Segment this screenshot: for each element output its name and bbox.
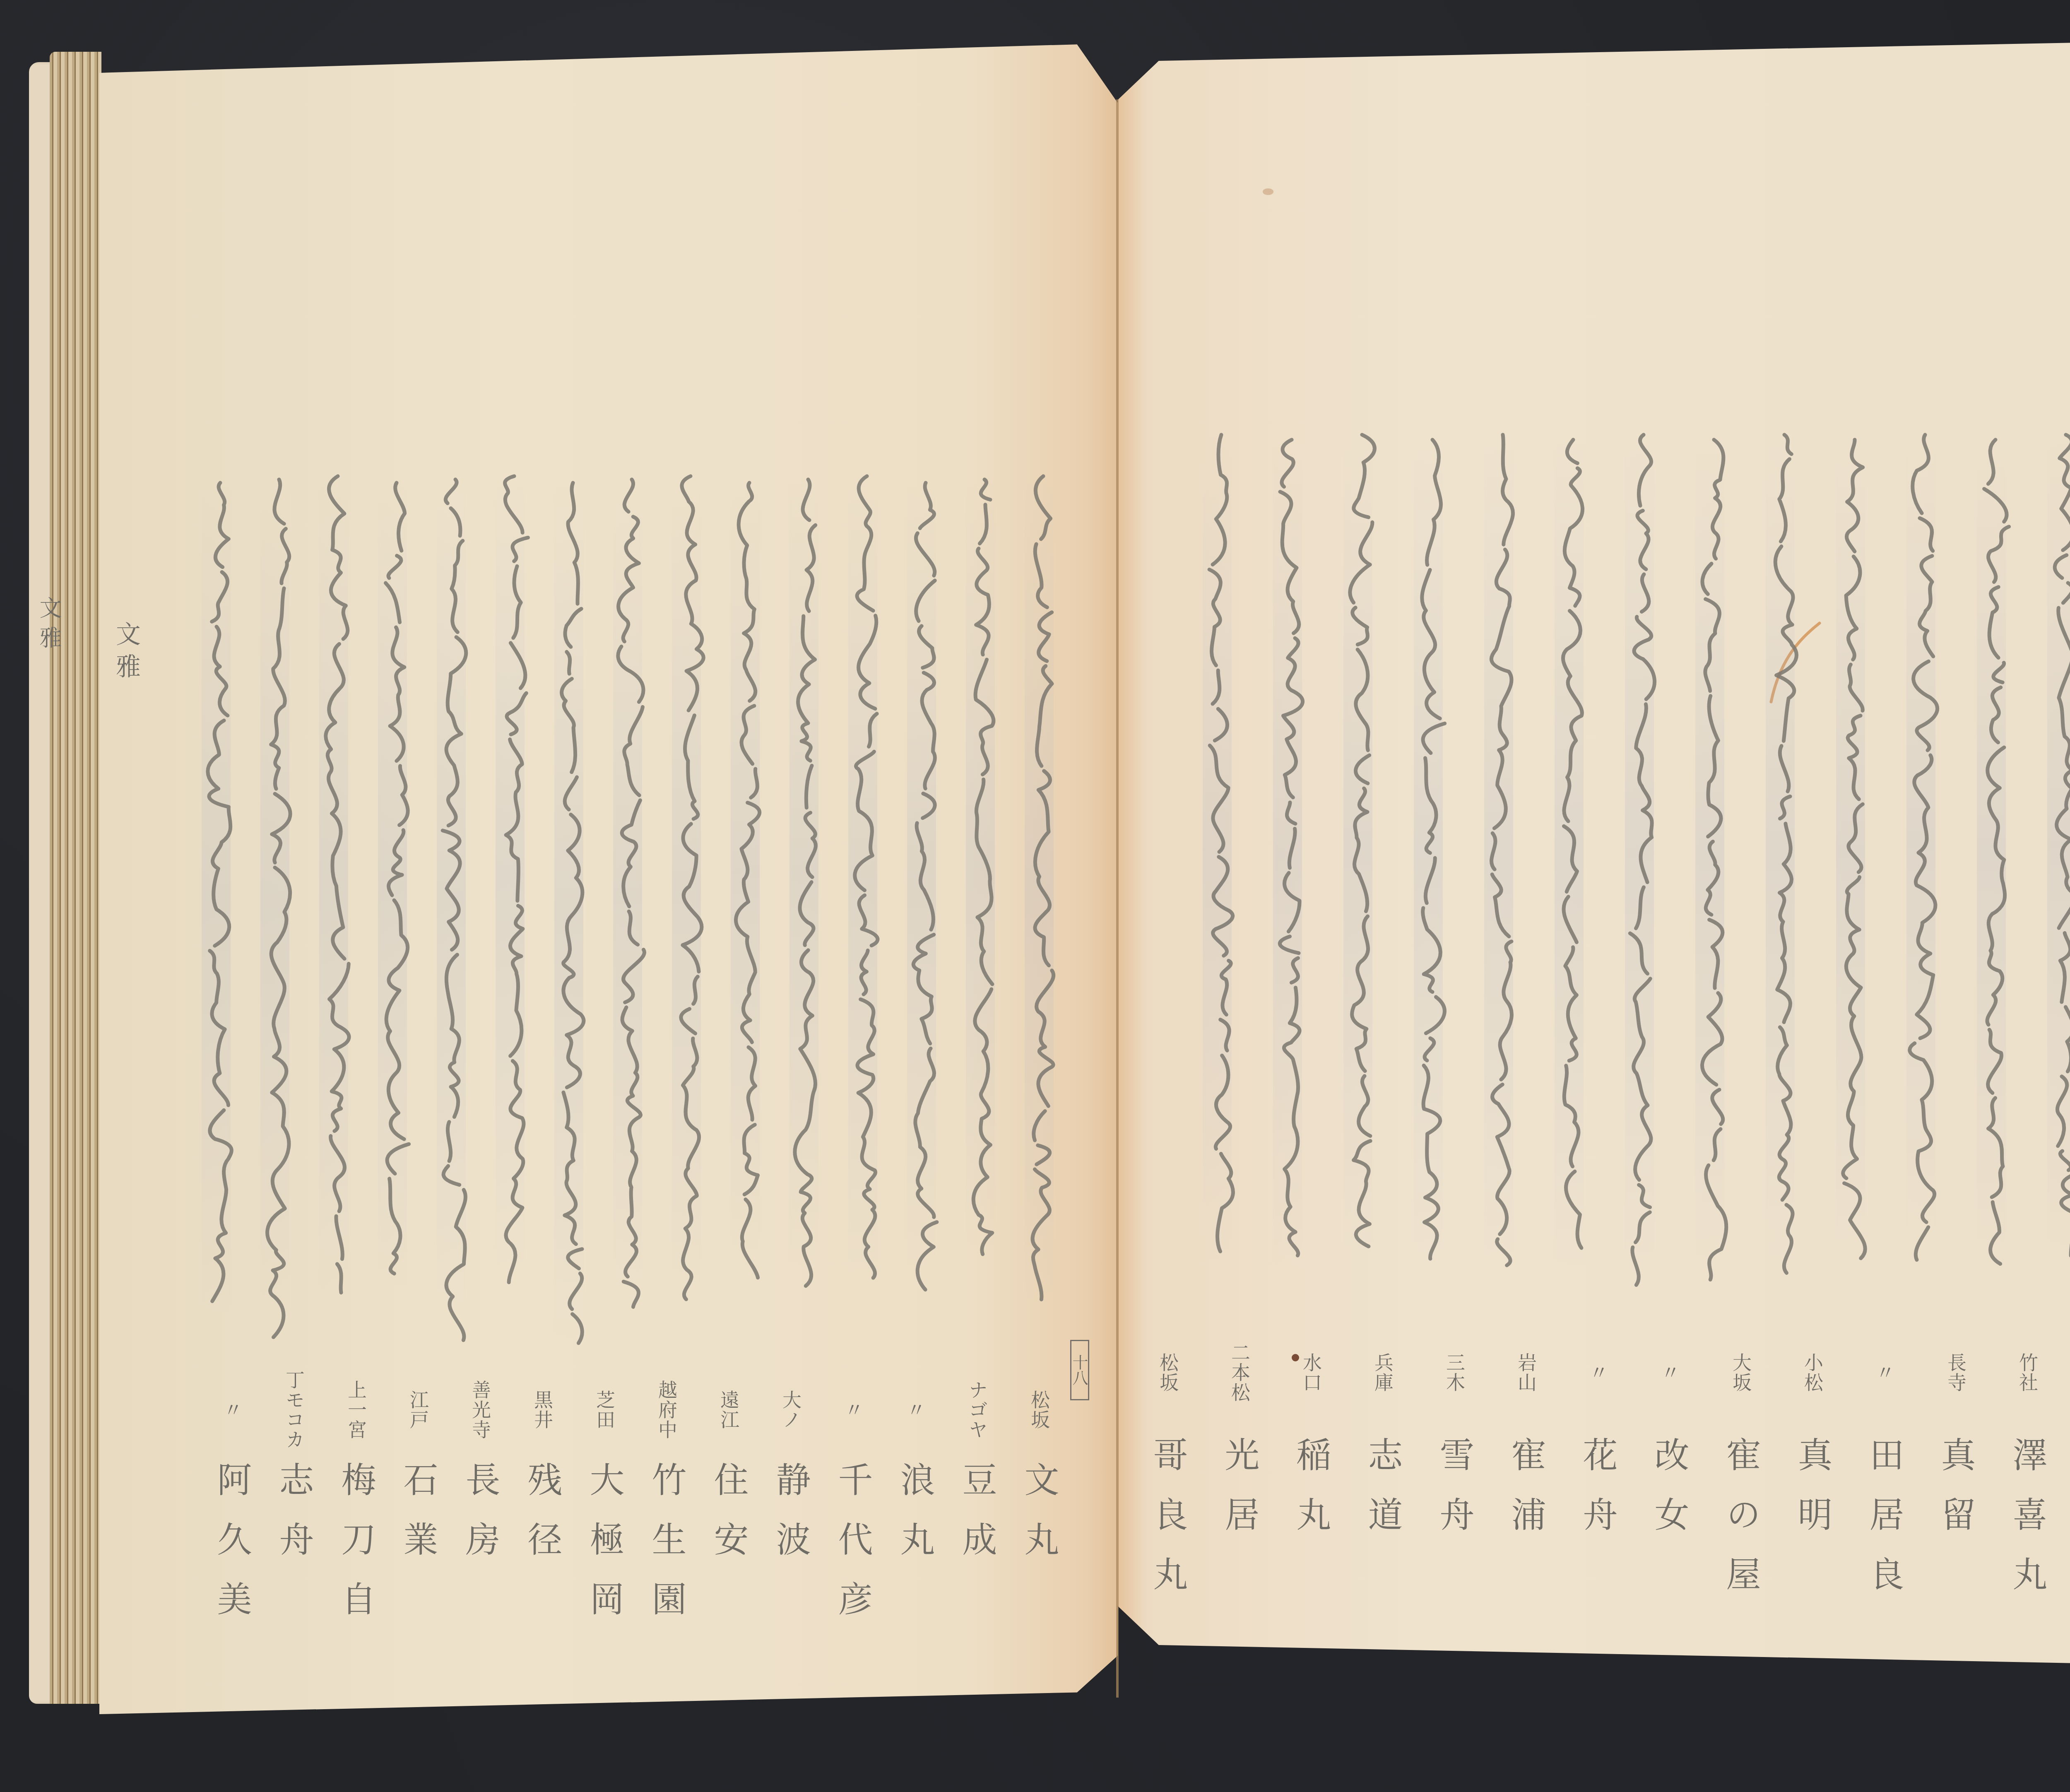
author-entry: 丁モコカ志舟 xyxy=(265,1362,323,1581)
foxing-spot xyxy=(1263,188,1273,195)
author-name: 寉浦 xyxy=(1506,1437,1546,1556)
author-name: 残径 xyxy=(522,1462,562,1581)
cursive-text-column xyxy=(792,479,825,1266)
book-gutter xyxy=(1116,99,1119,1698)
author-place: 大坂 xyxy=(1730,1325,1752,1420)
author-place: 越府中 xyxy=(656,1362,677,1457)
author-name: 静波 xyxy=(771,1462,811,1581)
cursive-text-column xyxy=(968,479,1001,1250)
cursive-text-column xyxy=(439,479,472,1316)
author-entry: 江戸石業 xyxy=(389,1362,447,1581)
author-name: 真明 xyxy=(1793,1437,1832,1556)
author-place: 〃 xyxy=(1658,1325,1680,1420)
author-name: 光居 xyxy=(1220,1437,1259,1556)
author-place: 黒井 xyxy=(532,1362,553,1457)
cursive-text-column xyxy=(1557,440,1590,1268)
author-place: 岩山 xyxy=(1515,1325,1537,1420)
cursive-text-column xyxy=(1697,440,1731,1268)
author-entry: 黒井残径 xyxy=(513,1362,571,1581)
cursive-text-column xyxy=(909,483,942,1269)
author-entry: 善光寺長房 xyxy=(451,1362,509,1581)
author-entry: 竹社澤喜丸 xyxy=(1998,1325,2056,1616)
author-place: 小松 xyxy=(1802,1325,1823,1420)
cursive-text-column xyxy=(556,483,590,1340)
author-place: 〃 xyxy=(221,1362,243,1457)
author-place: 丁モコカ xyxy=(283,1362,305,1457)
cursive-text-column xyxy=(1345,435,1379,1263)
cursive-text-column xyxy=(674,476,707,1300)
cursive-text-column xyxy=(1627,435,1660,1271)
author-name: 稲丸 xyxy=(1291,1437,1331,1556)
left-page-hashira: 文雅 xyxy=(108,621,144,686)
cursive-text-column xyxy=(1909,435,1942,1246)
cursive-text-column xyxy=(321,476,354,1296)
author-entry: 遠江住安 xyxy=(700,1362,758,1581)
author-name: 阿久美 xyxy=(212,1462,252,1640)
author-entry: 大ノ静波 xyxy=(762,1362,820,1581)
author-place: 竹社 xyxy=(2017,1325,2038,1420)
author-place: 水口 xyxy=(1300,1325,1322,1420)
left-page-stack xyxy=(50,52,101,1704)
underleaf-hashira: 文雅 xyxy=(33,596,65,656)
author-name: 寉の屋 xyxy=(1721,1437,1761,1616)
author-entry: 〃阿久美 xyxy=(203,1362,261,1640)
author-place: ナゴヤ xyxy=(966,1362,988,1457)
author-place: 〃 xyxy=(904,1362,926,1457)
cursive-text-column xyxy=(1275,440,1308,1272)
author-place: 〃 xyxy=(842,1362,864,1457)
author-entry: 小松真明 xyxy=(1784,1325,1841,1556)
author-name: 大極岡 xyxy=(585,1462,624,1640)
author-name: 千代彦 xyxy=(833,1462,873,1640)
author-name: 浪丸 xyxy=(895,1462,935,1581)
author-place: 遠江 xyxy=(718,1362,739,1457)
author-entry: 〃田居良 xyxy=(1855,1325,1913,1616)
author-name: 田居良 xyxy=(1864,1437,1904,1616)
cursive-text-column xyxy=(380,483,413,1290)
author-entry: 三木雪舟 xyxy=(1425,1325,1483,1556)
author-name: 住安 xyxy=(709,1462,749,1581)
author-entry: 松坂哥良丸 xyxy=(1139,1325,1197,1616)
author-name: 改女 xyxy=(1649,1437,1689,1556)
author-entry: 〃千代彦 xyxy=(824,1362,882,1640)
author-name: 哥良丸 xyxy=(1148,1437,1188,1616)
cursive-text-column xyxy=(1979,440,2012,1268)
cursive-text-column xyxy=(850,476,883,1288)
author-entry: 〃改女 xyxy=(1640,1325,1698,1556)
author-name: 豆成 xyxy=(957,1462,997,1581)
cursive-text-column xyxy=(1486,435,1519,1267)
author-name: 志舟 xyxy=(274,1462,314,1581)
author-place: 三木 xyxy=(1444,1325,1465,1420)
author-place: 松坂 xyxy=(1028,1362,1050,1457)
author-entry: 長寺真留 xyxy=(1927,1325,1985,1556)
author-name: 石業 xyxy=(398,1462,438,1581)
author-name: 志道 xyxy=(1363,1437,1403,1556)
author-name: 文丸 xyxy=(1019,1462,1059,1581)
cursive-text-column xyxy=(1027,476,1060,1304)
cursive-text-column xyxy=(733,483,766,1261)
cursive-text-column xyxy=(498,476,531,1275)
author-name: 長房 xyxy=(460,1462,500,1581)
author-entry: 越府中竹生園 xyxy=(638,1362,696,1640)
cursive-text-column xyxy=(615,479,648,1312)
author-name: 真留 xyxy=(1936,1437,1976,1556)
author-name: 梅刀自 xyxy=(336,1462,376,1640)
author-place: 二本松 xyxy=(1229,1325,1250,1420)
author-entry: 大坂寉の屋 xyxy=(1712,1325,1770,1616)
author-entry: 兵庫志道 xyxy=(1354,1325,1412,1556)
author-entry: 岩山寉浦 xyxy=(1497,1325,1555,1556)
cursive-text-column xyxy=(204,483,237,1315)
author-place: 長寺 xyxy=(1945,1325,1966,1420)
cursive-text-column xyxy=(1416,440,1449,1264)
ink-spot xyxy=(1292,1354,1299,1361)
author-entry: 松坂文丸 xyxy=(1010,1362,1068,1581)
author-entry: 上一宮梅刀自 xyxy=(327,1362,385,1640)
author-entry: ナゴヤ豆成 xyxy=(948,1362,1006,1581)
author-entry: 水口稲丸 xyxy=(1282,1325,1340,1556)
author-entry: 〃浪丸 xyxy=(886,1362,944,1581)
author-place: 松坂 xyxy=(1157,1325,1179,1420)
cursive-text-column xyxy=(1838,440,1871,1264)
author-entry: 〃花舟 xyxy=(1569,1325,1627,1556)
author-place: 兵庫 xyxy=(1372,1325,1394,1420)
cursive-text-column xyxy=(262,479,296,1324)
cursive-text-column xyxy=(1205,435,1238,1263)
author-entry: 芝田大極岡 xyxy=(575,1362,633,1640)
author-place: 〃 xyxy=(1873,1325,1895,1420)
author-place: 江戸 xyxy=(407,1362,429,1457)
author-place: 〃 xyxy=(1587,1325,1608,1420)
author-place: 上一宮 xyxy=(345,1362,367,1457)
page-number-box: 十八 xyxy=(1070,1340,1089,1400)
author-name: 竹生園 xyxy=(647,1462,686,1640)
author-place: 善光寺 xyxy=(469,1362,491,1457)
cursive-text-column xyxy=(2049,435,2070,1255)
author-place: 大ノ xyxy=(780,1362,802,1457)
author-place: 芝田 xyxy=(594,1362,615,1457)
cursive-text-column xyxy=(1768,435,1801,1267)
author-name: 澤喜丸 xyxy=(2007,1437,2047,1616)
author-name: 花舟 xyxy=(1578,1437,1617,1556)
author-entry: 二本松光居 xyxy=(1211,1325,1268,1556)
author-name: 雪舟 xyxy=(1435,1437,1474,1556)
